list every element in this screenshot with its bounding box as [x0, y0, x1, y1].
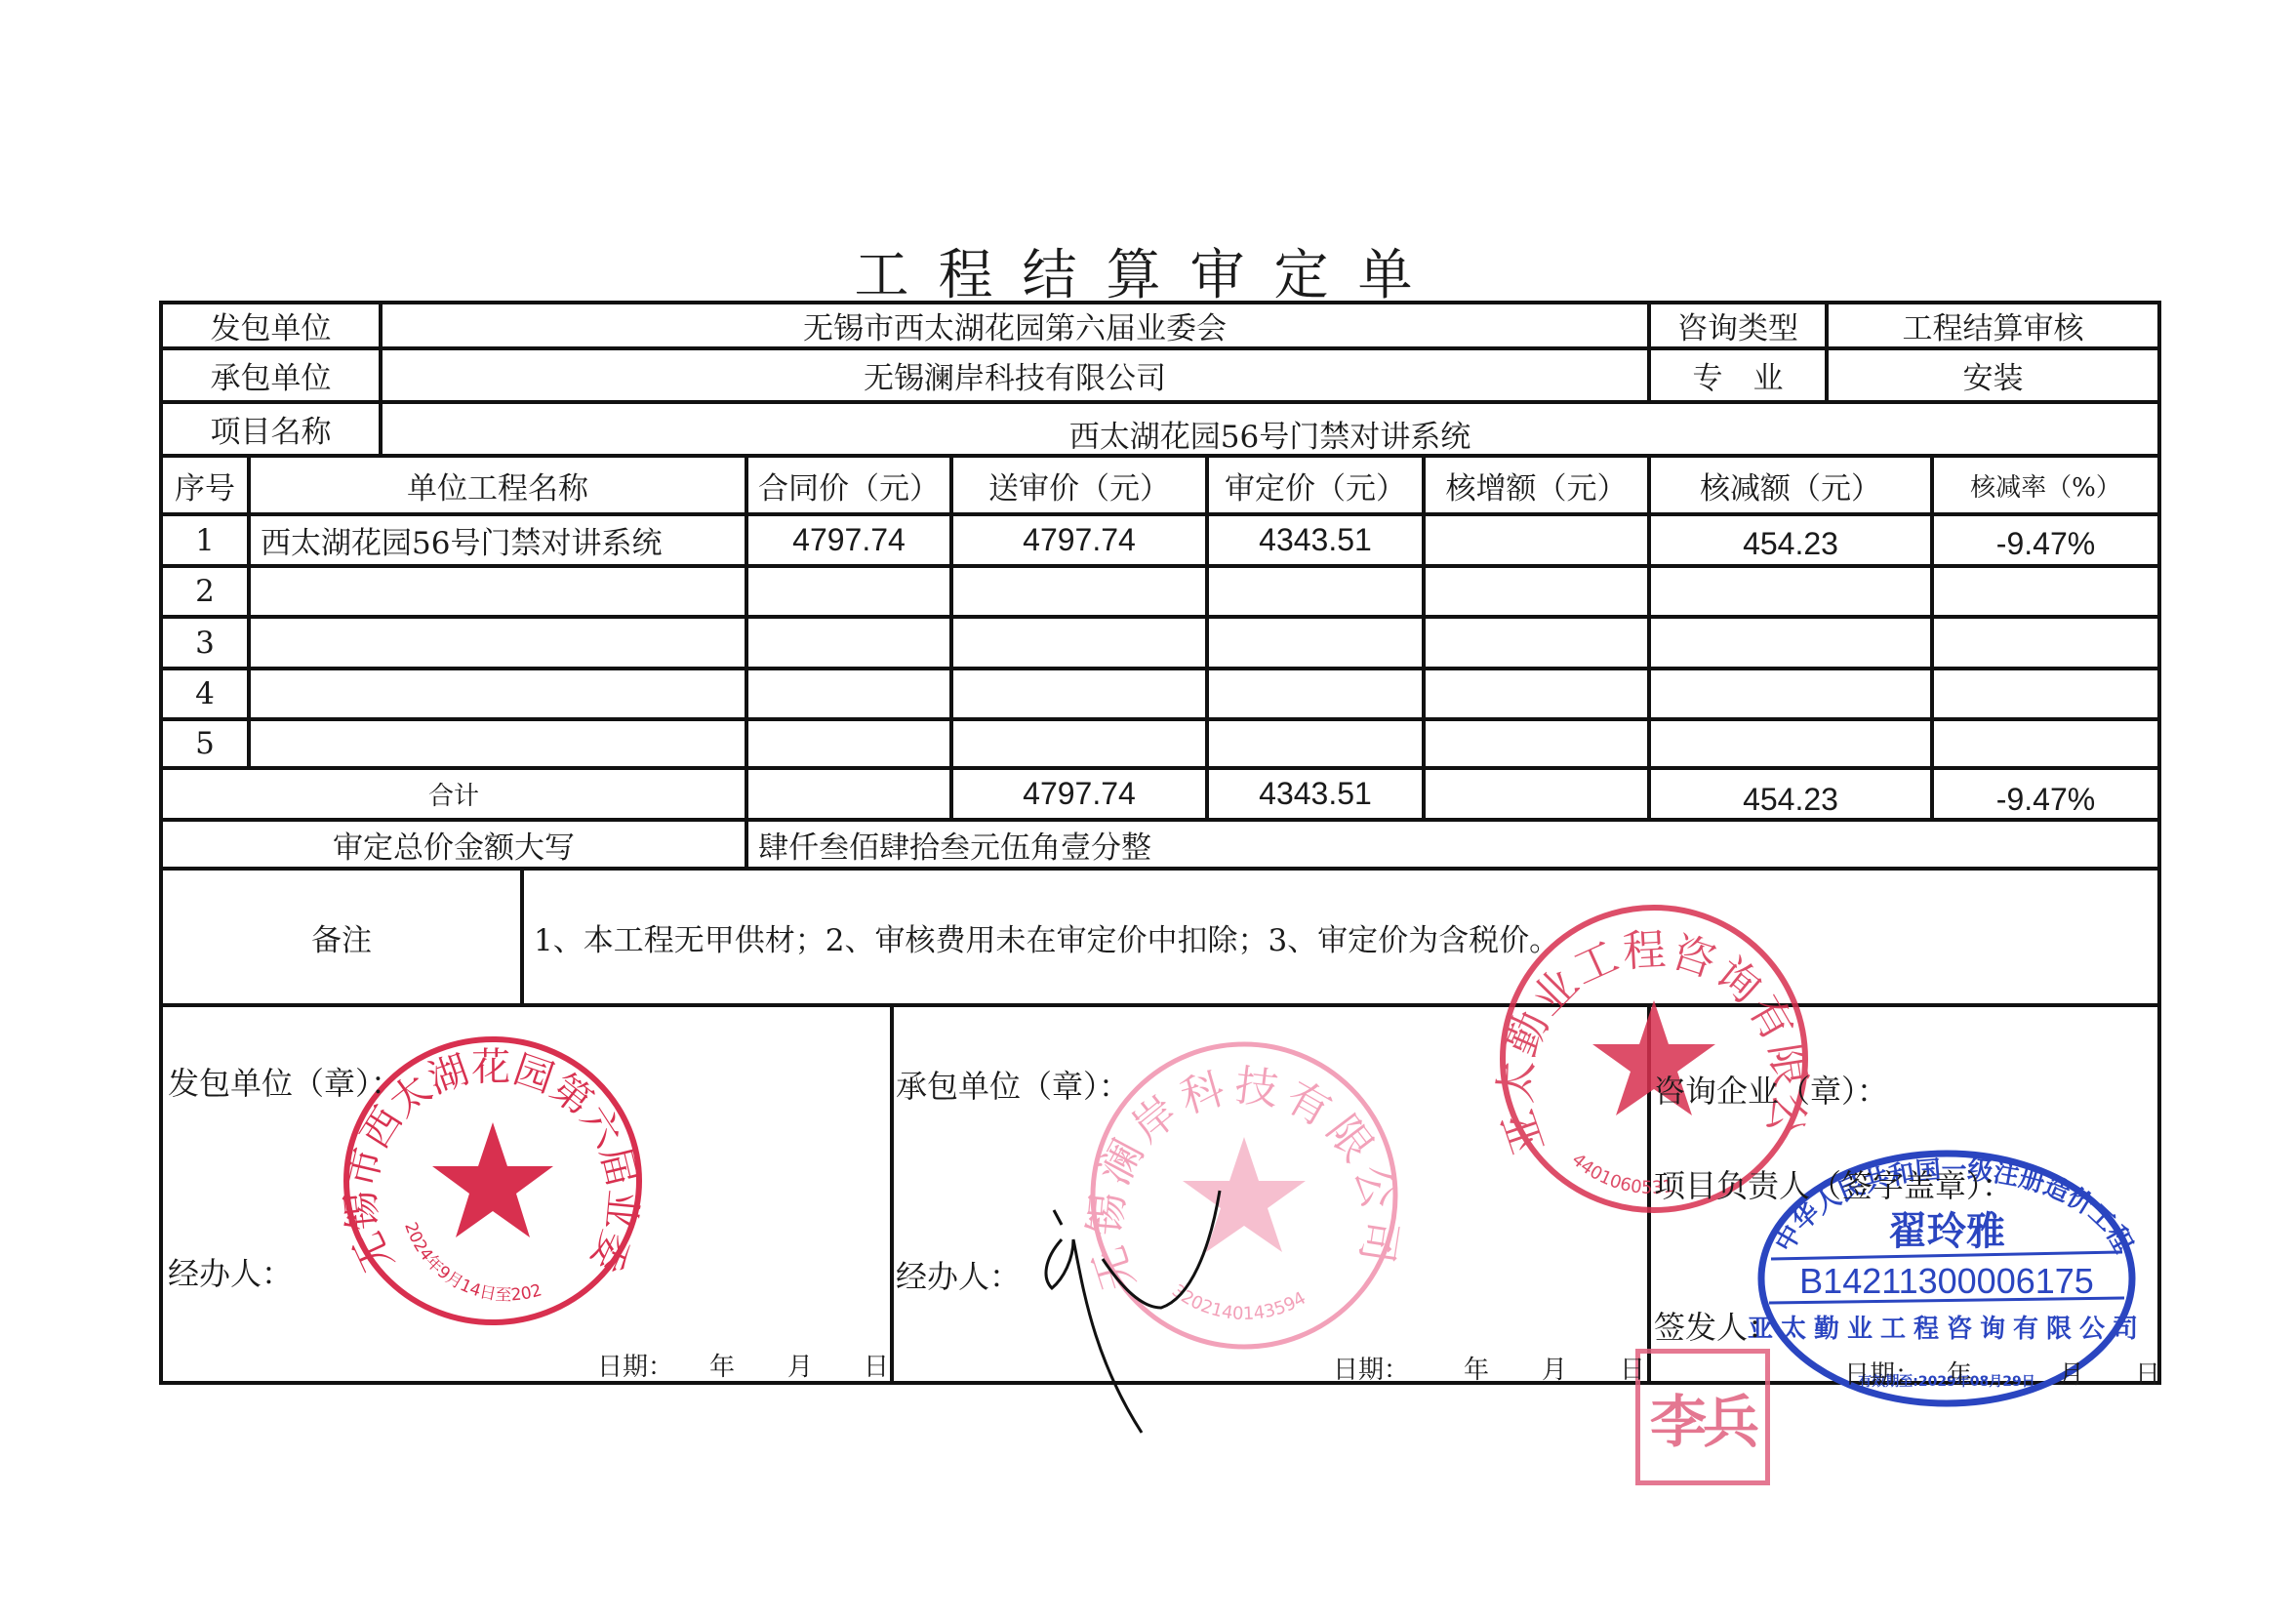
- cell-rate: [1934, 572, 2157, 619]
- cell-name: [251, 619, 754, 667]
- cell-approved: [1209, 619, 1422, 667]
- cell-name: [251, 670, 754, 717]
- employer-seal-label: 发包单位（章）：: [168, 1059, 402, 1104]
- cell-approved: [1209, 568, 1422, 615]
- contractor-date-year: 年: [1464, 1350, 1489, 1386]
- col-header-increase: 核增额（元）: [1426, 458, 1647, 512]
- cell-no: 2: [163, 568, 247, 615]
- cell-submitted: 4797.74: [953, 516, 1205, 564]
- contractor-handler-label: 经办人：: [896, 1252, 1021, 1297]
- col-header-decrease: 核减额（元）: [1651, 458, 1930, 512]
- project-value: 西太湖花园56号门禁对讲系统: [383, 404, 2157, 464]
- total-decrease: 454.23: [1651, 776, 1930, 824]
- cell-contract: [748, 670, 949, 717]
- col-header-submitted: 送审价（元）: [953, 458, 1205, 512]
- remarks-label: 备注: [163, 871, 520, 1003]
- specialty-label: 专 业: [1651, 350, 1825, 400]
- consult-type-value: 工程结算审核: [1829, 304, 2157, 346]
- cell-contract: [748, 619, 949, 667]
- svg-text:亚太勤业工程咨询有限公司: 亚太勤业工程咨询有限公司: [1470, 859, 1816, 1160]
- total-rate: -9.47%: [1934, 776, 2157, 824]
- specialty-value: 安装: [1829, 350, 2157, 400]
- cell-increase: [1426, 619, 1647, 667]
- cell-rate: [1934, 725, 2157, 770]
- cell-no: 1: [163, 516, 247, 564]
- col-header-no: 序号: [163, 458, 247, 512]
- cell-no: 5: [163, 721, 247, 766]
- cell-decrease: [1651, 674, 1930, 721]
- total-contract: [748, 770, 949, 818]
- cell-submitted: [953, 670, 1205, 717]
- consultant-lead-label: 项目负责人（签字盖章）：: [1654, 1161, 2013, 1206]
- employer-handler-label: 经办人：: [168, 1249, 293, 1294]
- total-label: 合计: [163, 770, 745, 818]
- cell-no: 4: [163, 670, 247, 717]
- project-label: 项目名称: [163, 404, 379, 454]
- cell-decrease: [1651, 623, 1930, 670]
- remarks-value: 1、本工程无甲供材；2、审核费用未在审定价中扣除；3、审定价为含税价。: [524, 871, 2144, 1003]
- contractor-seal-label: 承包单位（章）：: [896, 1062, 1130, 1107]
- col-header-name: 单位工程名称: [251, 458, 745, 512]
- cell-increase: [1426, 568, 1647, 615]
- amount-words-label: 审定总价金额大写: [163, 822, 745, 867]
- contractor-date-label: 日期：: [1333, 1350, 1409, 1386]
- cell-rate: [1934, 674, 2157, 721]
- cell-increase: [1426, 721, 1647, 766]
- amount-words-value: 肆仟叁佰肆拾叁元伍角壹分整: [748, 822, 2124, 867]
- total-approved: 4343.51: [1209, 770, 1422, 818]
- contractor-label: 承包单位: [163, 350, 379, 400]
- employer-date-month: 月: [787, 1347, 813, 1383]
- col-header-contract: 合同价（元）: [748, 458, 949, 512]
- cell-decrease: [1651, 572, 1930, 619]
- consultant-date-month: 月: [2059, 1355, 2084, 1391]
- cell-contract: [748, 568, 949, 615]
- cell-decrease: 454.23: [1651, 520, 1930, 568]
- cell-decrease: [1651, 725, 1930, 770]
- consultant-date-label: 日期：: [1844, 1355, 1920, 1391]
- cell-rate: -9.47%: [1934, 520, 2157, 568]
- employer-date-label: 日期：: [597, 1347, 673, 1383]
- page-title: 工程结算审定单: [0, 232, 2296, 310]
- consultant-date-day: 日: [2135, 1355, 2160, 1391]
- cell-submitted: [953, 619, 1205, 667]
- consultant-issuer-label: 签发人：: [1654, 1303, 1779, 1348]
- cell-name: 西太湖花园56号门禁对讲系统: [251, 516, 754, 564]
- cell-approved: [1209, 721, 1422, 766]
- svg-text:B14211300006175: B14211300006175: [1799, 1261, 2094, 1301]
- employer-date-day: 日: [864, 1347, 889, 1383]
- cell-submitted: [953, 721, 1205, 766]
- cell-contract: [748, 721, 949, 766]
- cell-no: 3: [163, 619, 247, 667]
- employer-value: 无锡市西太湖花园第六届业委会: [383, 304, 1647, 346]
- employer-label: 发包单位: [163, 304, 379, 346]
- employer-date-year: 年: [709, 1347, 735, 1383]
- cell-name: [251, 568, 754, 615]
- cell-approved: 4343.51: [1209, 516, 1422, 564]
- handwritten-signature: [1034, 1181, 1269, 1435]
- cell-name: [251, 721, 754, 766]
- cell-approved: [1209, 670, 1422, 717]
- cell-contract: 4797.74: [748, 516, 949, 564]
- cell-rate: [1934, 623, 2157, 670]
- cell-increase: [1426, 670, 1647, 717]
- col-header-rate: 核减率（%）: [1934, 458, 2157, 512]
- issuer-seal-stamp: 李兵: [1635, 1349, 1770, 1485]
- cell-increase: [1426, 516, 1647, 564]
- total-submitted: 4797.74: [953, 770, 1205, 818]
- consult-type-label: 咨询类型: [1651, 304, 1825, 346]
- contractor-date-month: 月: [1542, 1350, 1567, 1386]
- contractor-date-day: 日: [1620, 1350, 1645, 1386]
- total-increase: [1426, 770, 1647, 818]
- col-header-approved: 审定价（元）: [1209, 458, 1422, 512]
- cell-submitted: [953, 568, 1205, 615]
- consultant-date-year: 年: [1947, 1355, 1972, 1391]
- contractor-value: 无锡澜岸科技有限公司: [383, 350, 1647, 400]
- svg-text:翟玲雅: 翟玲雅: [1888, 1209, 2005, 1254]
- consultant-seal-label: 咨询企业（章）：: [1654, 1067, 1888, 1112]
- svg-text:亚太勤业工程咨询有限公司: 亚太勤业工程咨询有限公司: [1748, 1314, 2146, 1344]
